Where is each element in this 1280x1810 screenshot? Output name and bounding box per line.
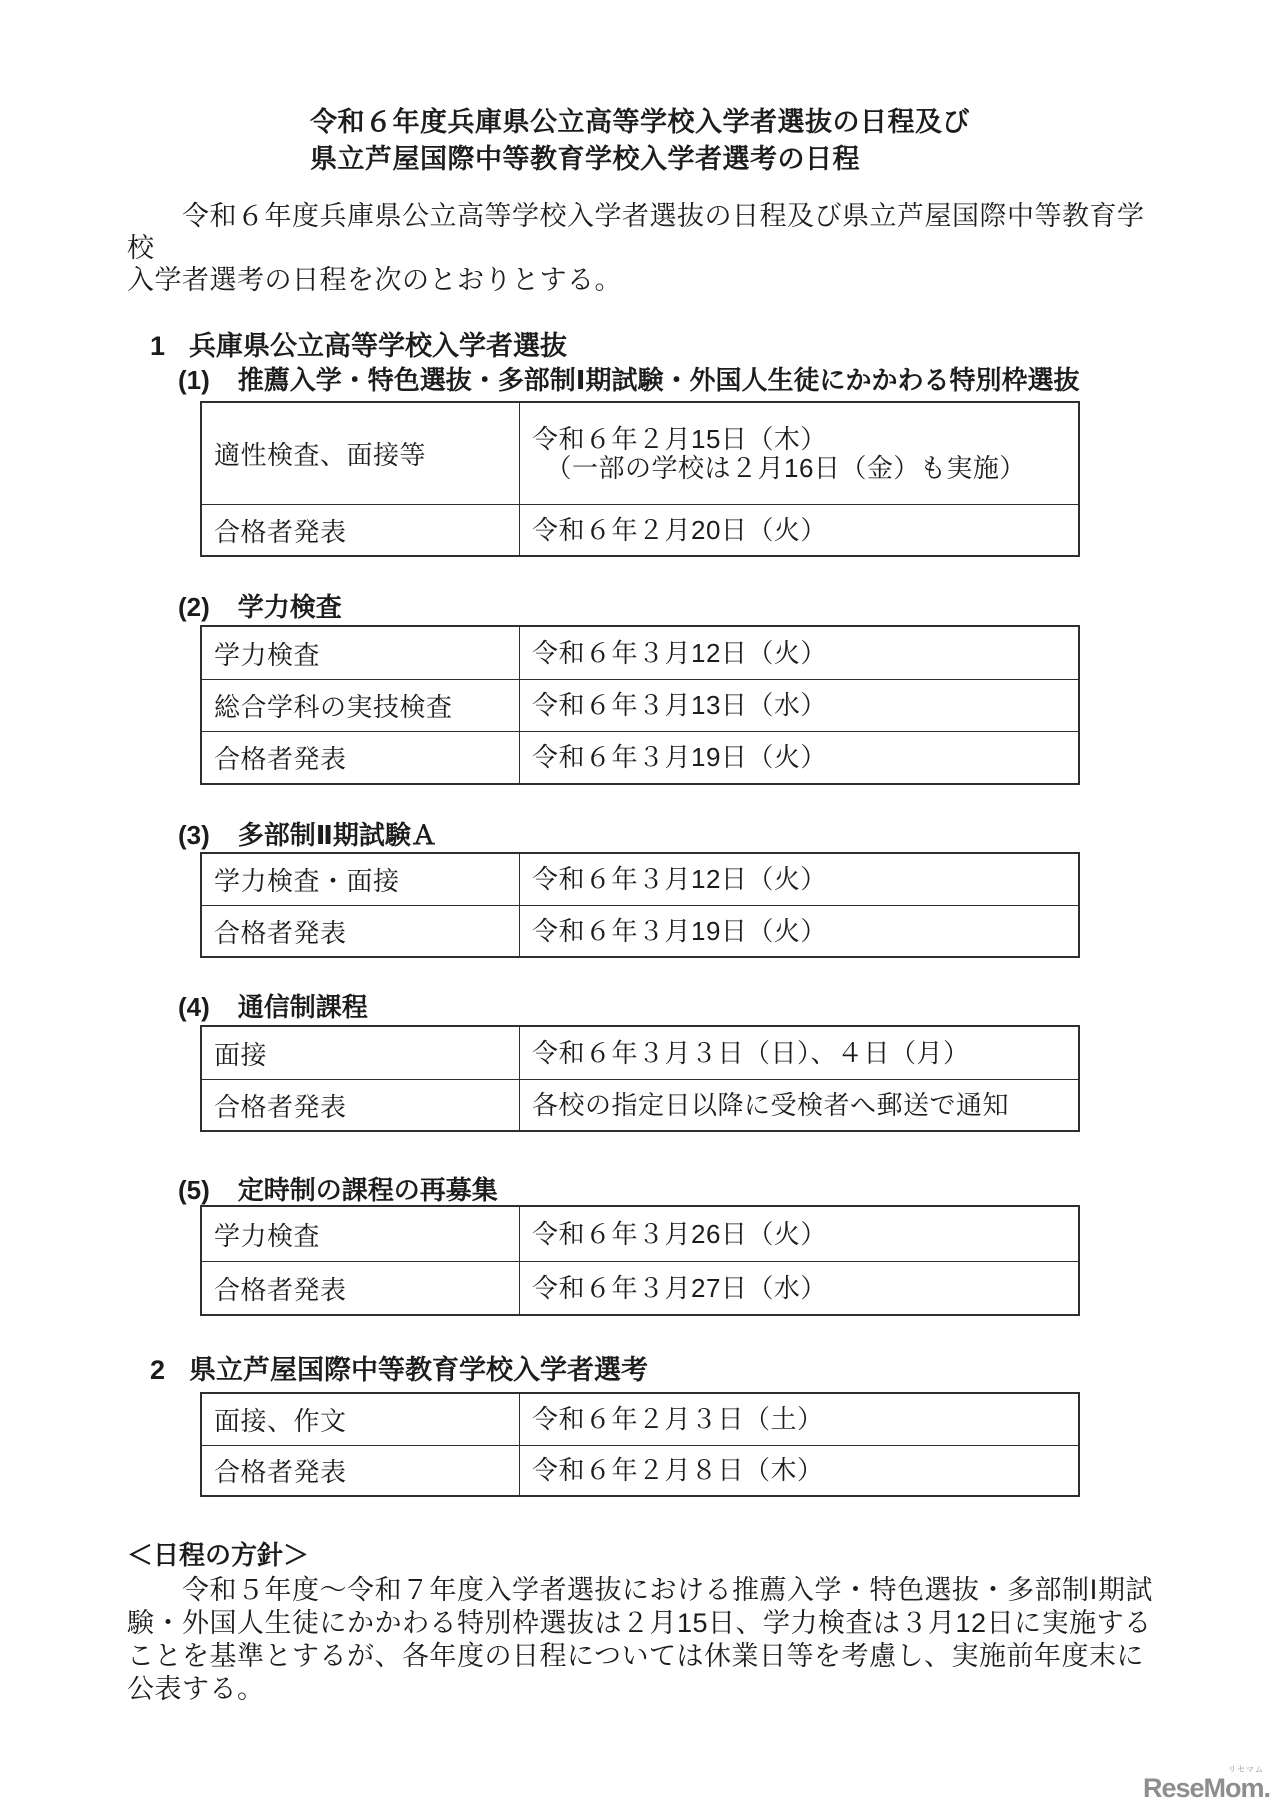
resemom-logo: リセマム ReseMom. xyxy=(1143,1775,1274,1802)
subsection-1-heading: (1) 推薦入学・特色選抜・多部制Ⅰ期試験・外国人生徒にかかわる特別枠選抜 xyxy=(178,367,1079,393)
table-row: 合格者発表 令和６年３月19日（火） xyxy=(202,905,1078,956)
table-row: 合格者発表 令和６年３月27日（水） xyxy=(202,1261,1078,1314)
table-row: 学力検査・面接 令和６年３月12日（火） xyxy=(202,854,1078,905)
row-label: 適性検査、面接等 xyxy=(202,403,520,504)
row-label: 合格者発表 xyxy=(202,505,520,555)
subsection-5-number: (5) xyxy=(178,1177,210,1203)
table-row: 合格者発表 令和６年２月８日（木） xyxy=(202,1445,1078,1495)
row-value: 各校の指定日以降に受検者へ郵送で通知 xyxy=(520,1080,1078,1130)
subsection-4-number: (4) xyxy=(178,994,210,1020)
row-label: 学力検査・面接 xyxy=(202,854,520,905)
schedule-table-academic-exam: 学力検査 令和６年３月12日（火） 総合学科の実技検査 令和６年３月13日（水）… xyxy=(200,625,1080,785)
table-row: 合格者発表 各校の指定日以降に受検者へ郵送で通知 xyxy=(202,1079,1078,1130)
schedule-table-ashiya-international: 面接、作文 令和６年２月３日（土） 合格者発表 令和６年２月８日（木） xyxy=(200,1392,1080,1497)
section-1-heading: 1 兵庫県公立高等学校入学者選抜 xyxy=(150,333,567,360)
subsection-2-title: 学力検査 xyxy=(238,594,342,620)
row-value: 令和６年２月３日（土） xyxy=(520,1394,1078,1445)
row-label: 学力検査 xyxy=(202,627,520,679)
row-label: 合格者発表 xyxy=(202,906,520,956)
row-value: 令和６年２月20日（火） xyxy=(520,505,1078,555)
row-value: 令和６年３月26日（火） xyxy=(520,1207,1078,1261)
table-row: 学力検査 令和６年３月26日（火） xyxy=(202,1207,1078,1261)
row-label: 総合学科の実技検査 xyxy=(202,680,520,731)
row-label: 面接、作文 xyxy=(202,1394,520,1445)
subsection-5-heading: (5) 定時制の課程の再募集 xyxy=(178,1177,498,1203)
section-1-title: 兵庫県公立高等学校入学者選抜 xyxy=(189,333,567,360)
row-value: 令和６年３月13日（水） xyxy=(520,680,1078,731)
subsection-2-heading: (2) 学力検査 xyxy=(178,594,342,620)
subsection-4-heading: (4) 通信制課程 xyxy=(178,994,368,1020)
table-row: 適性検査、面接等 令和６年２月15日（木） （一部の学校は２月16日（金）も実施… xyxy=(202,403,1078,504)
row-value: 令和６年３月19日（火） xyxy=(520,732,1078,783)
subsection-3-title: 多部制Ⅱ期試験Ａ xyxy=(238,822,437,848)
table-row: 面接 令和６年３月３日（日）、４日（月） xyxy=(202,1027,1078,1079)
table-row: 合格者発表 令和６年２月20日（火） xyxy=(202,504,1078,555)
intro-paragraph: 令和６年度兵庫県公立高等学校入学者選抜の日程及び県立芦屋国際中等教育学校 入学者… xyxy=(127,200,1157,296)
subsection-5-title: 定時制の課程の再募集 xyxy=(238,1177,498,1203)
policy-heading: ＜日程の方針＞ xyxy=(127,1542,309,1568)
row-label: 合格者発表 xyxy=(202,1446,520,1495)
table-row: 総合学科の実技検査 令和６年３月13日（水） xyxy=(202,679,1078,731)
row-value: 令和６年２月８日（木） xyxy=(520,1446,1078,1495)
document-page: 令和６年度兵庫県公立高等学校入学者選抜の日程及び 県立芦屋国際中等教育学校入学者… xyxy=(0,0,1280,1810)
row-value: 令和６年２月15日（木） （一部の学校は２月16日（金）も実施） xyxy=(520,403,1078,504)
schedule-table-correspondence: 面接 令和６年３月３日（日）、４日（月） 合格者発表 各校の指定日以降に受検者へ… xyxy=(200,1025,1080,1132)
policy-body: 令和５年度～令和７年度入学者選抜における推薦入学・特色選抜・多部制Ⅰ期試 験・外… xyxy=(127,1574,1159,1706)
resemom-logo-ruby: リセマム xyxy=(1228,1766,1264,1774)
table-row: 面接、作文 令和６年２月３日（土） xyxy=(202,1394,1078,1445)
section-2-number: 2 xyxy=(150,1357,165,1384)
subsection-2-number: (2) xyxy=(178,594,210,620)
section-1-number: 1 xyxy=(150,333,165,360)
row-value: 令和６年３月19日（火） xyxy=(520,906,1078,956)
table-row: 合格者発表 令和６年３月19日（火） xyxy=(202,731,1078,783)
row-value: 令和６年３月12日（火） xyxy=(520,627,1078,679)
subsection-3-heading: (3) 多部制Ⅱ期試験Ａ xyxy=(178,822,437,848)
section-2-title: 県立芦屋国際中等教育学校入学者選考 xyxy=(189,1357,648,1384)
subsection-3-number: (3) xyxy=(178,822,210,848)
schedule-table-special-quota: 適性検査、面接等 令和６年２月15日（木） （一部の学校は２月16日（金）も実施… xyxy=(200,401,1080,557)
row-label: 合格者発表 xyxy=(202,1262,520,1314)
resemom-logo-text: ReseMom. xyxy=(1143,1773,1270,1803)
subsection-1-title: 推薦入学・特色選抜・多部制Ⅰ期試験・外国人生徒にかかわる特別枠選抜 xyxy=(238,367,1080,393)
row-label: 学力検査 xyxy=(202,1207,520,1261)
schedule-table-tabusei-2: 学力検査・面接 令和６年３月12日（火） 合格者発表 令和６年３月19日（火） xyxy=(200,852,1080,958)
row-label: 合格者発表 xyxy=(202,1080,520,1130)
section-2-heading: 2 県立芦屋国際中等教育学校入学者選考 xyxy=(150,1357,648,1384)
row-value: 令和６年３月12日（火） xyxy=(520,854,1078,905)
subsection-4-title: 通信制課程 xyxy=(238,994,368,1020)
schedule-table-parttime-recall: 学力検査 令和６年３月26日（火） 合格者発表 令和６年３月27日（水） xyxy=(200,1205,1080,1316)
document-title: 令和６年度兵庫県公立高等学校入学者選抜の日程及び 県立芦屋国際中等教育学校入学者… xyxy=(310,104,970,178)
row-label: 面接 xyxy=(202,1027,520,1079)
row-value: 令和６年３月27日（水） xyxy=(520,1262,1078,1314)
row-label: 合格者発表 xyxy=(202,732,520,783)
row-value: 令和６年３月３日（日）、４日（月） xyxy=(520,1027,1078,1079)
subsection-1-number: (1) xyxy=(178,367,210,393)
table-row: 学力検査 令和６年３月12日（火） xyxy=(202,627,1078,679)
